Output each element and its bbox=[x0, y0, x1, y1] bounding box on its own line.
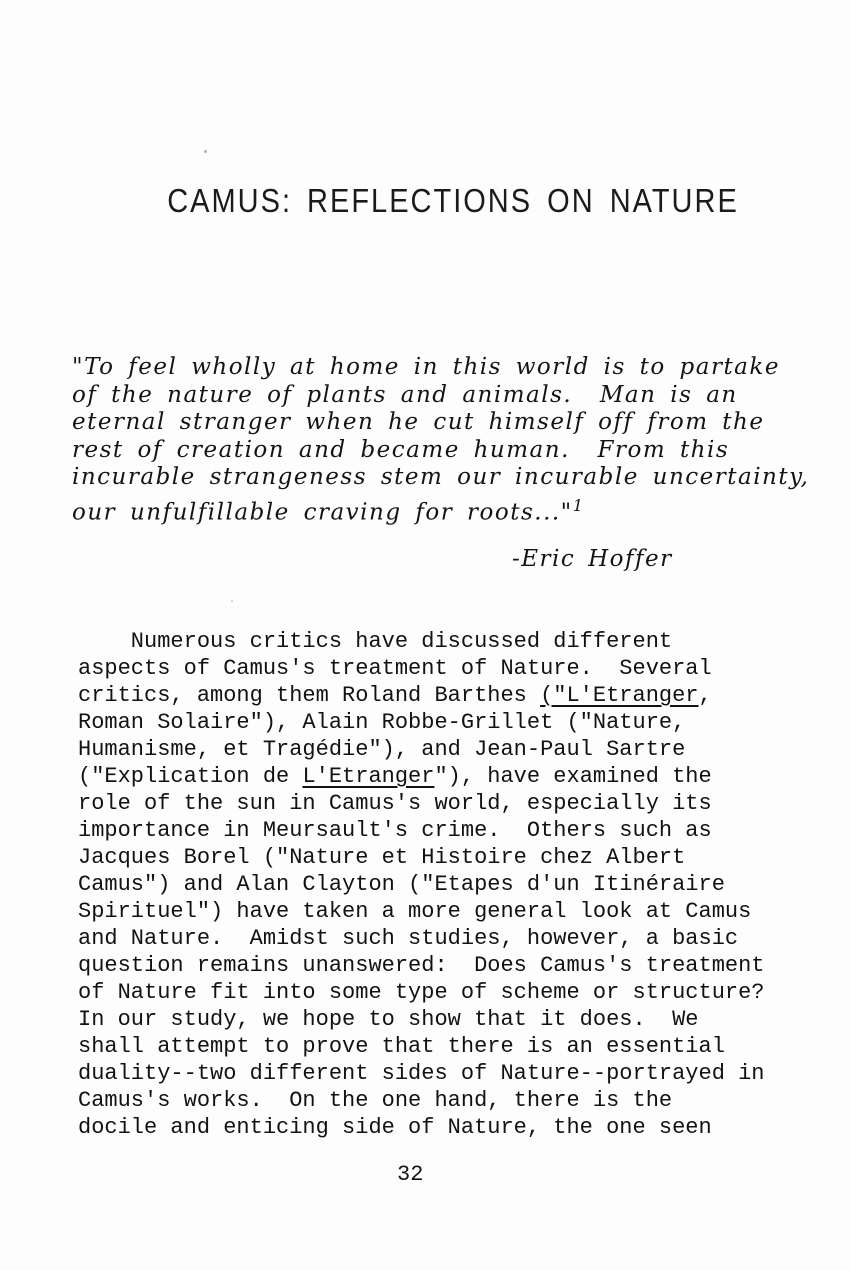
text-segment: eternal stranger when he cut himself off… bbox=[72, 409, 764, 435]
text-line: Numerous critics have discussed differen… bbox=[78, 628, 765, 655]
underlined-title-text: L'Etranger bbox=[302, 764, 434, 789]
body-paragraph: Numerous critics have discussed differen… bbox=[78, 628, 765, 1141]
text-line: Jacques Borel ("Nature et Histoire chez … bbox=[78, 844, 765, 871]
text-line: "To feel wholly at home in this world is… bbox=[72, 354, 809, 382]
text-segment: ("Explication de bbox=[78, 764, 302, 789]
text-line: rest of creation and became human. From … bbox=[72, 437, 809, 465]
text-segment: , bbox=[699, 683, 712, 708]
text-segment: of the nature of plants and animals. Man… bbox=[72, 382, 738, 408]
text-line: Camus") and Alan Clayton ("Etapes d'un I… bbox=[78, 871, 765, 898]
text-segment: role of the sun in Camus's world, especi… bbox=[78, 791, 712, 816]
text-segment: question remains unanswered: Does Camus'… bbox=[78, 953, 765, 978]
footnote-reference: 1 bbox=[573, 496, 583, 515]
page-number: 32 bbox=[397, 1162, 423, 1187]
text-line: and Nature. Amidst such studies, however… bbox=[78, 925, 765, 952]
text-line: Spirituel") have taken a more general lo… bbox=[78, 898, 765, 925]
text-segment: aspects of Camus's treatment of Nature. … bbox=[78, 656, 712, 681]
text-line: our unfulfillable craving for roots..."1 bbox=[72, 492, 809, 527]
text-line: ("Explication de L'Etranger"), have exam… bbox=[78, 763, 765, 790]
text-segment: Jacques Borel ("Nature et Histoire chez … bbox=[78, 845, 685, 870]
text-line: Roman Solaire"), Alain Robbe-Grillet ("N… bbox=[78, 709, 765, 736]
text-segment: Spirituel") have taken a more general lo… bbox=[78, 899, 751, 924]
text-segment: Camus") and Alan Clayton ("Etapes d'un I… bbox=[78, 872, 725, 897]
text-segment: Camus's works. On the one hand, there is… bbox=[78, 1088, 672, 1113]
text-segment: duality--two different sides of Nature--… bbox=[78, 1061, 765, 1086]
text-segment: incurable strangeness stem our incurable… bbox=[72, 464, 809, 490]
underlined-title-text: ("L'Etranger bbox=[540, 683, 698, 708]
text-line: eternal stranger when he cut himself off… bbox=[72, 409, 809, 437]
text-segment: Numerous critics have discussed differen… bbox=[78, 629, 672, 654]
text-segment: shall attempt to prove that there is an … bbox=[78, 1034, 725, 1059]
text-line: Humanisme, et Tragédie"), and Jean-Paul … bbox=[78, 736, 765, 763]
text-line: aspects of Camus's treatment of Nature. … bbox=[78, 655, 765, 682]
page-title: CAMUS: REFLECTIONS ON NATURE bbox=[28, 183, 850, 221]
text-line: role of the sun in Camus's world, especi… bbox=[78, 790, 765, 817]
document-page: CAMUS: REFLECTIONS ON NATURE "To feel wh… bbox=[0, 0, 850, 1271]
text-line: question remains unanswered: Does Camus'… bbox=[78, 952, 765, 979]
text-line: critics, among them Roland Barthes ("L'E… bbox=[78, 682, 765, 709]
text-line: In our study, we hope to show that it do… bbox=[78, 1006, 765, 1033]
text-line: shall attempt to prove that there is an … bbox=[78, 1033, 765, 1060]
text-segment: critics, among them Roland Barthes bbox=[78, 683, 540, 708]
epigraph-quote: "To feel wholly at home in this world is… bbox=[72, 354, 809, 527]
text-segment: importance in Meursault's crime. Others … bbox=[78, 818, 712, 843]
text-line: of Nature fit into some type of scheme o… bbox=[78, 979, 765, 1006]
text-segment: of Nature fit into some type of scheme o… bbox=[78, 980, 765, 1005]
text-segment: Humanisme, et Tragédie"), and Jean-Paul … bbox=[78, 737, 685, 762]
text-segment: "), have examined the bbox=[434, 764, 711, 789]
epigraph-attribution: -Eric Hoffer bbox=[512, 546, 673, 572]
text-line: Camus's works. On the one hand, there is… bbox=[78, 1087, 765, 1114]
text-segment: Roman Solaire"), Alain Robbe-Grillet ("N… bbox=[78, 710, 685, 735]
text-segment: rest of creation and became human. From … bbox=[72, 437, 729, 463]
text-line: docile and enticing side of Nature, the … bbox=[78, 1114, 765, 1141]
text-line: of the nature of plants and animals. Man… bbox=[72, 382, 809, 410]
text-segment: "To feel wholly at home in this world is… bbox=[72, 354, 780, 380]
text-segment: In our study, we hope to show that it do… bbox=[78, 1007, 699, 1032]
text-segment: docile and enticing side of Nature, the … bbox=[78, 1115, 712, 1140]
scan-speck bbox=[204, 150, 207, 153]
text-line: importance in Meursault's crime. Others … bbox=[78, 817, 765, 844]
text-segment: our unfulfillable craving for roots..." bbox=[72, 499, 573, 525]
text-segment: and Nature. Amidst such studies, however… bbox=[78, 926, 738, 951]
text-line: duality--two different sides of Nature--… bbox=[78, 1060, 765, 1087]
scan-speck bbox=[231, 600, 233, 602]
text-line: incurable strangeness stem our incurable… bbox=[72, 464, 809, 492]
